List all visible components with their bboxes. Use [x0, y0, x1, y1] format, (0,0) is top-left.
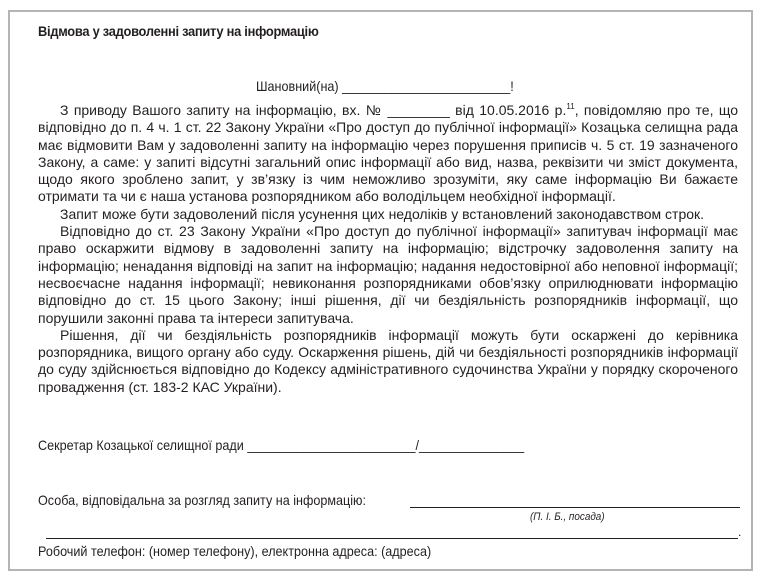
- paragraph-may-be-satisfied: Запит може бути задоволений після усунен…: [38, 206, 738, 223]
- paragraph-appeal-procedure: Рішення, дії чи бездіяльність розпорядни…: [38, 327, 738, 396]
- responsible-person-blank: [410, 507, 740, 508]
- contact-info: Робочий телефон: (номер телефону), елект…: [38, 543, 431, 559]
- responsible-person-caption: (П. І. Б., посада): [530, 511, 605, 523]
- document-body: З приводу Вашого запиту на інформацію, в…: [38, 102, 738, 396]
- paragraph-text: З приводу Вашого запиту на інформацію, в…: [60, 102, 566, 118]
- document-title: Відмова у задоволенні запиту на інформац…: [38, 23, 319, 39]
- full-width-blank-line: [46, 538, 738, 539]
- greeting-line: Шановний(на) ________________________!: [256, 78, 514, 94]
- responsible-person-label: Особа, відповідальна за розгляд запиту н…: [38, 492, 366, 508]
- line-end-dot: .: [738, 525, 741, 539]
- paragraph-appeal-rights: Відповідно до ст. 23 Закону України «Про…: [38, 223, 738, 327]
- paragraph-request-reference: З приводу Вашого запиту на інформацію, в…: [38, 102, 738, 206]
- footnote-ref: 11: [566, 102, 574, 111]
- secretary-signature-line: Секретар Козацької селищної ради _______…: [38, 437, 524, 453]
